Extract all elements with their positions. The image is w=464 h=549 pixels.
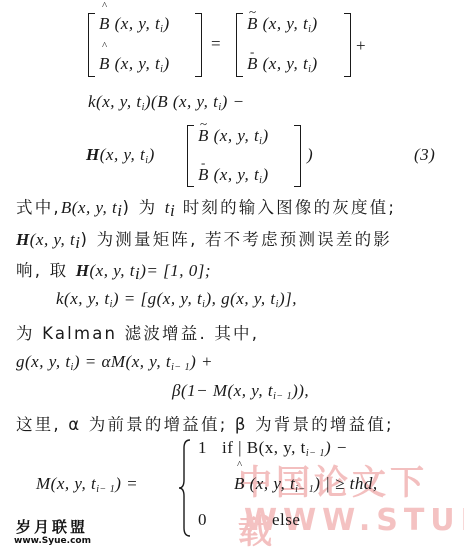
case-1-condition: if | B(x, y, ti− 1) − xyxy=(222,438,348,458)
equation-3-line-3: H(x, y, ti) xyxy=(86,145,155,165)
equation-M-lhs: M(x, y, ti− 1) = xyxy=(36,474,138,494)
right-bracket xyxy=(294,125,301,187)
left-brace xyxy=(178,438,192,542)
paragraph-line: 式中,B(x, y, ti) 为 ti 时刻的输入图像的灰度值; xyxy=(16,194,396,218)
hat-accent: ^ xyxy=(102,40,107,52)
H-matrix-bottom-entry: B (x, y, ti) xyxy=(198,165,269,185)
lhs-bottom-entry: B (x, y, ti) xyxy=(99,54,170,74)
equation-number: (3) xyxy=(414,145,435,165)
case-1-condition-line-2: B (x, y, ti− 1) | ≥ thd, xyxy=(234,474,378,494)
rhs-top-entry: B (x, y, ti) xyxy=(247,14,318,34)
hat-accent: ^ xyxy=(102,0,107,12)
H-matrix-top-entry: B (x, y, ti) xyxy=(198,126,269,146)
paragraph-line: H(x, y, ti) 为测量矩阵, 若不考虑预测误差的影 xyxy=(16,226,392,250)
closing-paren: ) xyxy=(307,145,313,165)
lhs-top-entry: B (x, y, ti) xyxy=(99,14,170,34)
equation-g-line-1: g(x, y, ti) = αM(x, y, ti− 1) + xyxy=(16,352,213,372)
hat-accent: ^ xyxy=(237,459,242,471)
case-2-value: 0 xyxy=(198,510,207,530)
plus-sign: + xyxy=(356,36,366,56)
equation-g-line-2: β(1− M(x, y, ti− 1)), xyxy=(172,381,309,401)
left-bracket xyxy=(187,125,194,187)
left-bracket xyxy=(88,13,95,77)
right-bracket xyxy=(195,13,202,77)
equation-k: k(x, y, ti) = [g(x, y, ti), g(x, y, ti)]… xyxy=(56,289,297,309)
site-logo-url: www.Syue.com xyxy=(14,536,91,546)
left-bracket xyxy=(236,13,243,77)
right-bracket xyxy=(344,13,351,77)
case-1-value: 1 xyxy=(198,438,207,458)
case-2-condition: else xyxy=(272,510,300,530)
equals-sign: = xyxy=(211,34,221,54)
site-logo-text: 岁月联盟 xyxy=(16,516,88,537)
rhs-bottom-entry: B (x, y, ti) xyxy=(247,54,318,74)
paragraph-line: 为 Kalman 滤波增益. 其中, xyxy=(16,320,259,344)
paragraph-line: 响, 取 H(x, y, ti)= [1, 0]; xyxy=(16,257,211,281)
paragraph-line: 这里, α 为前景的增益值; β 为背景的增益值; xyxy=(16,411,394,435)
equation-3-line-2: k(x, y, ti)(B (x, y, ti) − xyxy=(88,92,245,112)
